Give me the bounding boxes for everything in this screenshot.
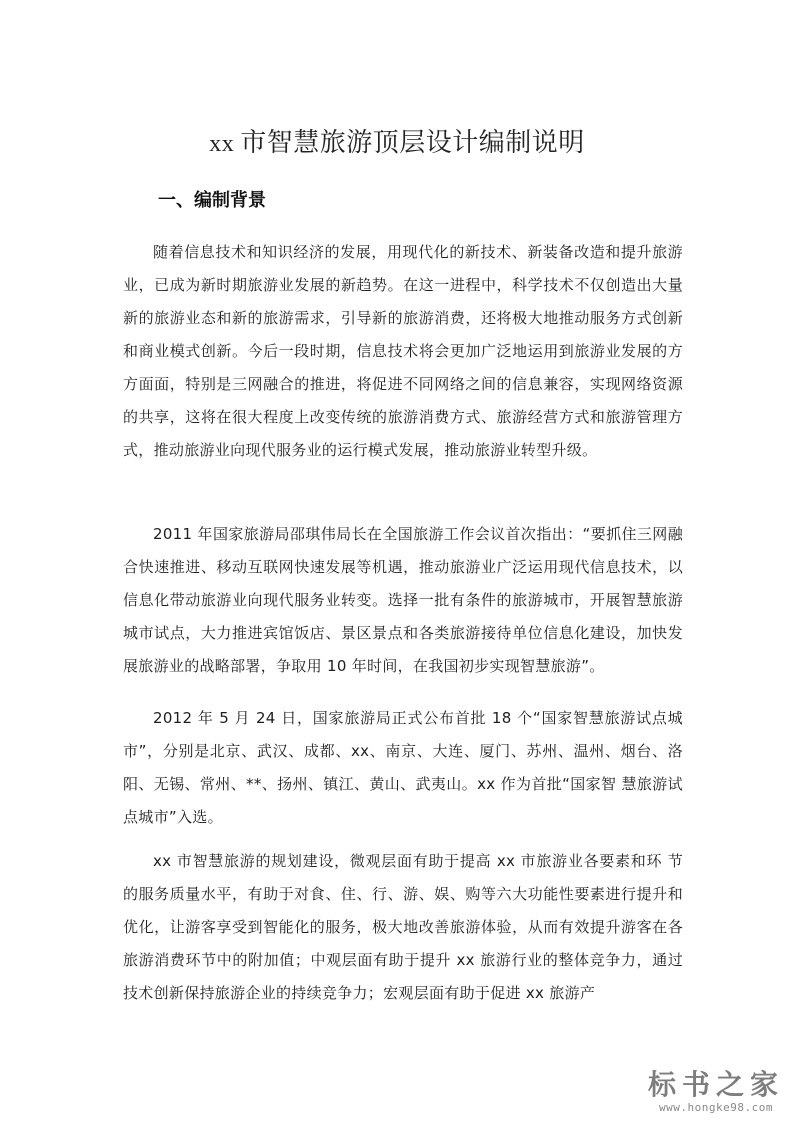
paragraph: 2012 年 5 月 24 日，国家旅游局正式公布首批 18 个“国家智慧旅游试… bbox=[123, 702, 683, 834]
document-page: xx市智慧旅游顶层设计编制说明 一、编制背景 随着信息技术和知识经济的发展，用现… bbox=[0, 0, 794, 1122]
paragraph-background: 随着信息技术和知识经济的发展，用现代化的新技术、新装备改造和提升旅游业，已成为新… bbox=[123, 236, 683, 467]
paragraph-2011-directive: 2011 年国家旅游局邵琪伟局长在全国旅游工作会议首次指出：“要抓住三网融合快速… bbox=[123, 518, 683, 683]
watermark-url: www.hongke98.com bbox=[646, 1101, 786, 1114]
title-main: 市智慧旅游顶层设计编制说明 bbox=[240, 128, 585, 158]
paragraph-2012-pilot-cities: 2012 年 5 月 24 日，国家旅游局正式公布首批 18 个“国家智慧旅游试… bbox=[123, 702, 683, 834]
paragraph: xx 市智慧旅游的规划建设，微观层面有助于提高 xx 市旅游业各要素和环 节的服… bbox=[123, 845, 683, 1010]
section-heading: 一、编制背景 bbox=[158, 186, 266, 212]
title-prefix: xx bbox=[209, 131, 234, 157]
watermark: 标书之家 www.hongke98.com bbox=[646, 1069, 786, 1114]
paragraph: 2011 年国家旅游局邵琪伟局长在全国旅游工作会议首次指出：“要抓住三网融合快速… bbox=[123, 518, 683, 683]
paragraph-significance: xx 市智慧旅游的规划建设，微观层面有助于提高 xx 市旅游业各要素和环 节的服… bbox=[123, 845, 683, 1010]
paragraph: 随着信息技术和知识经济的发展，用现代化的新技术、新装备改造和提升旅游业，已成为新… bbox=[123, 236, 683, 467]
watermark-logo: 标书之家 bbox=[646, 1069, 786, 1101]
document-title: xx市智慧旅游顶层设计编制说明 bbox=[0, 122, 794, 159]
